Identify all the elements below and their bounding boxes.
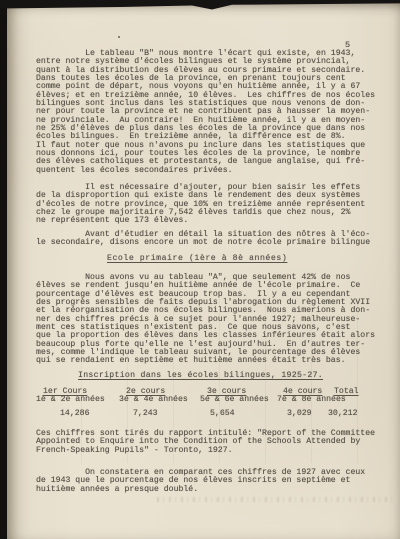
paragraph-disproportion: Il est nécessaire d'ajouter, pour bien s… [36,184,365,226]
paper-speck [67,325,69,327]
source-footnote: Ces chiffres sont tirés du rapport intit… [36,430,375,455]
table-value-4: 3,029 [287,410,312,418]
table-header-years-2: 3e & 4e années [119,396,188,404]
scan-left-edge [0,0,7,539]
table-header-years-4: 7e & 8e années [277,396,346,404]
paper-speck [118,36,120,38]
document-page: 5 Le tableau "B" nous montre l'écart qui… [7,3,400,539]
table-title: Inscription dans les écoles bilingues, 1… [78,372,323,380]
paragraph-closing: On constatera en comparant ces chiffres … [36,469,365,494]
enrollment-table: 1er Cours 2e cours 3e cours 4e cours Tot… [36,388,384,426]
paragraph-tableau-b: Le tableau "B" nous montre l'écart qui e… [36,50,375,175]
table-value-1: 14,286 [60,410,89,418]
section-heading-ecole-primaire: Ecole primaire (1ère à 8è années) [107,255,287,263]
table-header-years-1: 1è & 2e années [36,396,105,404]
table-value-2: 7,243 [133,410,158,418]
paper-speck [245,208,247,210]
paragraph-tableau-a: Nous avons vu au tableau "A", que seulem… [36,274,375,366]
bleed-through-text [157,497,395,502]
table-value-total: 30,212 [328,410,357,418]
paragraph-transition: Avant d'étudier en détail la situation d… [36,231,370,248]
table-value-3: 5,654 [210,410,235,418]
table-header-years-3: 5e & 6e années [200,396,269,404]
